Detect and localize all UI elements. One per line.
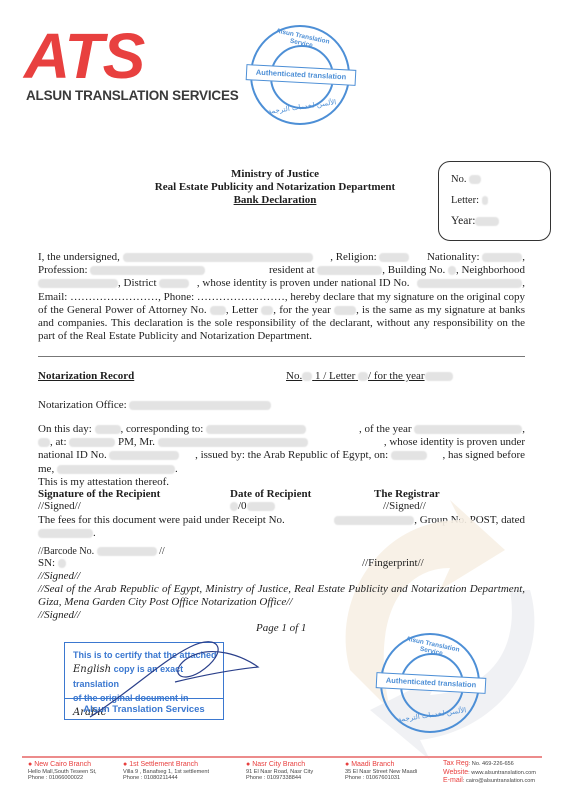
location-pin-icon: ● [246,761,250,768]
ref-no: No. [451,169,550,190]
notarization-office: Notarization Office: [38,399,525,412]
ref-year: Year: [451,211,550,232]
branch-new-cairo: ● New Cairo Branch Hello Mall,South Tese… [28,760,97,781]
authentication-stamp-bottom: Alsun Translation Service Authenticated … [380,633,480,733]
section-divider [38,356,525,357]
document-type-title: Bank Declaration [140,194,410,207]
location-pin-icon: ● [28,761,32,768]
seal-text: //Seal of the Arab Republic of Egypt, Mi… [38,583,525,609]
ref-letter: Letter: [451,190,550,211]
authentication-stamp-top: Alsun Translation Service Authenticated … [250,25,350,125]
sn-line: SN: //Fingerprint// [38,557,525,570]
ministry-title: Ministry of Justice [140,168,410,181]
department-title: Real Estate Publicity and Notarization D… [140,181,410,194]
branch-1st-settlement: ● 1st Settlement Branch Villa 9 , Banafs… [123,760,209,781]
registrar-signature-value: //Signed// [383,500,426,513]
notarization-statement: On this day: , corresponding to: , of th… [38,423,525,489]
email-link[interactable]: cairo@alsuntranslation.com [466,778,535,784]
logo-subtitle: ALSUN TRANSLATION SERVICES [26,88,239,103]
fingerprint-label: //Fingerprint// [362,557,424,570]
signature-section: Signature of the Recipient Date of Recip… [38,488,525,540]
footer-divider [22,756,542,758]
ats-logo: ATS [24,24,144,88]
reference-box: No. Letter: Year: [438,161,551,241]
record-reference: No. 1 / Letter / for the year [286,370,453,383]
notarization-record-header: Notarization Record No. 1 / Letter / for… [38,370,525,383]
document-title-block: Ministry of Justice Real Estate Publicit… [140,168,410,207]
branch-maadi: ● Maadi Branch 35 El Nasr Street New Maa… [345,760,417,781]
stamp-band-text: Authenticated translation [246,64,357,86]
website-link[interactable]: www.alsuntranslation.com [471,770,536,776]
location-pin-icon: ● [345,761,349,768]
signed-line: //Signed// [38,570,525,583]
company-contact: Tax Reg: No. 469-226-656 Website: www.al… [443,760,536,786]
signed-line-2: //Signed// [38,609,525,622]
recipient-date-value: /0 [230,500,275,513]
record-heading: Notarization Record [38,370,134,382]
page-number: Page 1 of 1 [256,622,306,634]
location-pin-icon: ● [123,761,127,768]
recipient-signature-value: //Signed// [38,500,81,513]
branch-nasr-city: ● Nasr City Branch 91 El Nasr Road, Nasr… [246,760,313,781]
handwritten-signature-icon [80,632,260,722]
declaration-paragraph: I, the undersigned, , Religion: National… [38,251,525,343]
